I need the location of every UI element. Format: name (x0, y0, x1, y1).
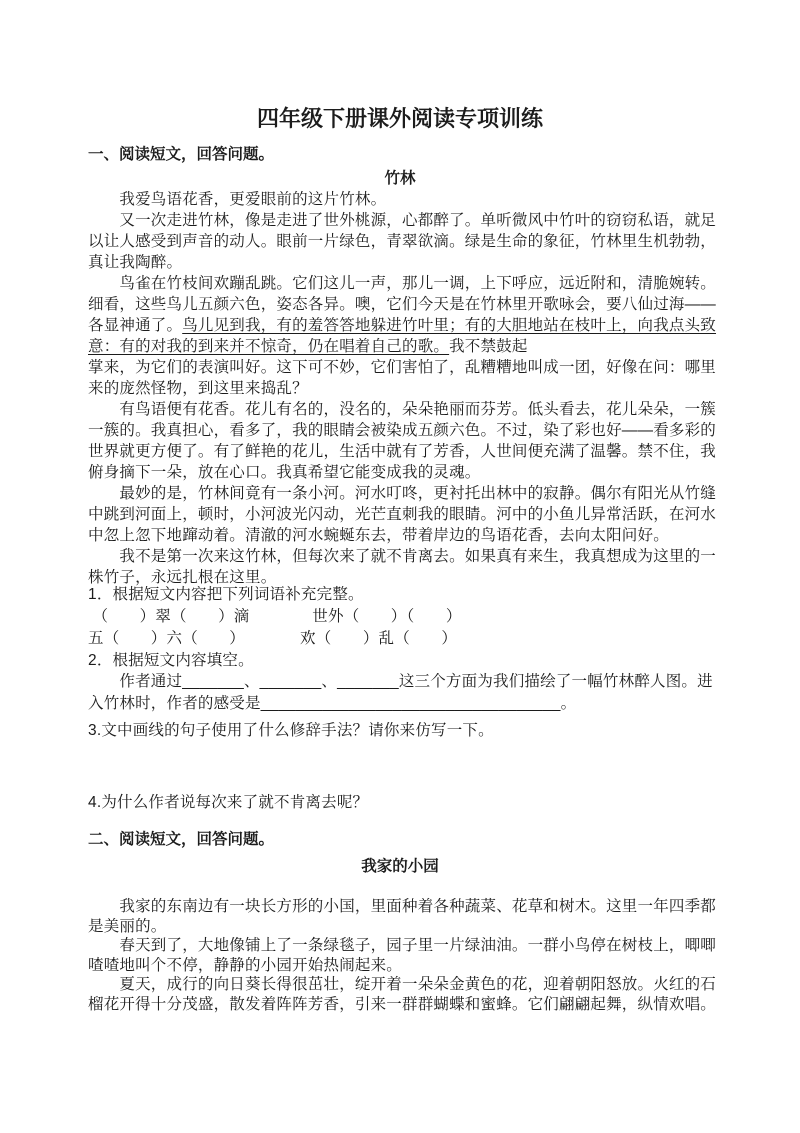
passage-line: 我家的东南边有一块长方形的小国，里面种着各种蔬菜、花草和树木。这里一年四季都 (88, 897, 748, 917)
passage-line: 一簇的。我真担心，看多了，我的眼睛会被染成五颜六色。不过，染了彩也好——看多彩的 (88, 420, 748, 441)
question-1-label: 1．根据短文内容把下列词语补充完整。 (88, 584, 364, 605)
passage-line: 来的庞然怪物，到这里来捣乱？ (88, 378, 748, 399)
passage-line: 最妙的是，竹林间竟有一条小河。河水叮咚，更衬托出林中的寂静。偶尔有阳光从竹缝 (88, 483, 748, 504)
passage-line: 以让人感受到声音的动人。眼前一片绿色，青翠欲滴。绿是生命的象征，竹林里生机勃勃， (88, 231, 748, 252)
section-2-heading: 二、阅读短文，回答问题。 (88, 829, 274, 850)
question-2-fill-line-1: 作者通过_______、_______、_______这三个方面为我们描绘了一幅… (88, 671, 713, 692)
passage-line: 是美丽的。 (88, 917, 748, 937)
passage-line: 俯身摘下一朵，放在心口。我真希望它能变成我的灵魂。 (88, 462, 748, 483)
passage-line: 我爱鸟语花香，更爱眼前的这片竹林。 (88, 189, 748, 210)
passage-1-body-part-a: 我爱鸟语花香，更爱眼前的这片竹林。 又一次走进竹林，像是走进了世外桃源，心都醉了… (88, 189, 748, 588)
underlined-sentence-part-2: 意：有的对我的到来并不惊奇，仍在唱着自己的歌。 (88, 338, 449, 355)
page-title: 四年级下册课外阅读专项训练 (0, 104, 800, 134)
passage-1-title: 竹林 (0, 168, 800, 189)
passage-2-body: 我家的东南边有一块长方形的小国，里面种着各种蔬菜、花草和树木。这里一年四季都 是… (88, 897, 748, 1014)
passage-line: 中忽上忽下地蹿动着。清澈的河水蜿蜒东去，带着岸边的鸟语花香，去向太阳问好。 (88, 525, 748, 546)
passage-line: 细看，这些鸟儿五颜六色，姿态各异。噢，它们今天是在竹林里开歌咏会，要八仙过海—— (88, 294, 748, 315)
passage-line: 中跳到河面上，顿时，小河波光闪动，光芒直刺我的眼睛。河中的小鱼儿异常活跃，在河水 (88, 504, 748, 525)
question-2-label: 2．根据短文内容填空。 (88, 650, 254, 671)
worksheet-page: 四年级下册课外阅读专项训练 一、阅读短文，回答问题。 竹林 我爱鸟语花香，更爱眼… (0, 0, 800, 1133)
passage-line: 真让我陶醉。 (88, 252, 748, 273)
passage-line: 夏天，成行的向日葵长得很茁壮，绽开着一朵朵金黄色的花，迎着朝阳怒放。火红的石 (88, 975, 748, 995)
underlined-sentence-part-1: 鸟儿见到我，有的羞答答地躲进竹叶里；有的大胆地站在枝叶上，向我点头致 (182, 317, 716, 334)
section-1-heading: 一、阅读短文，回答问题。 (88, 144, 274, 165)
passage-line: 又一次走进竹林，像是走进了世外桃源，心都醉了。单听微风中竹叶的窃窃私语，就足 (88, 210, 748, 231)
question-1-blanks-row-1: （ ）翠（ ）滴 世外（ ）（ ） (88, 606, 462, 627)
passage-line: 我不是第一次来这竹林，但每次来了就不肯离去。如果真有来生，我真想成为这里的一 (88, 546, 748, 567)
passage-2-title: 我家的小园 (0, 856, 800, 877)
question-3-label: 3.文中画线的句子使用了什么修辞手法？请你来仿写一下。 (88, 720, 494, 741)
passage-line: 有鸟语便有花香。花儿有名的，没名的，朵朵艳丽而芬芳。低头看去，花儿朵朵，一簇 (88, 399, 748, 420)
question-1-blanks-row-2: 五（ ）六（ ） 欢（ ）乱（ ） (88, 628, 457, 649)
passage-line: 喳喳地叫个不停，静静的小园开始热闹起来。 (88, 956, 748, 976)
passage-line: 世界就更方便了。有了鲜艳的花儿，生活中就有了芳香，人世间便充满了温馨。禁不住，我 (88, 441, 748, 462)
text-segment: 我不禁鼓起 (449, 338, 528, 355)
passage-line-with-underline: 各显神通了。鸟儿见到我，有的羞答答地躲进竹叶里；有的大胆地站在枝叶上，向我点头致 (88, 315, 748, 336)
passage-line-with-underline: 意：有的对我的到来并不惊奇，仍在唱着自己的歌。我不禁鼓起 (88, 336, 748, 357)
passage-line: 鸟雀在竹枝间欢蹦乱跳。它们这儿一声，那儿一调，上下呼应，远近附和，清脆婉转。 (88, 273, 748, 294)
passage-line: 榴花开得十分茂盛，散发着阵阵芳香，引来一群群蝴蝶和蜜蜂。它们翩翩起舞，纵情欢唱。 (88, 995, 748, 1015)
passage-line: 掌来，为它们的表演叫好。这下可不妙，它们害怕了，乱糟糟地叫成一团，好像在问：哪里 (88, 357, 748, 378)
question-4-label: 4.为什么作者说每次来了就不肯离去呢？ (88, 792, 368, 813)
text-segment: 各显神通了。 (88, 317, 182, 334)
passage-line: 春天到了，大地像铺上了一条绿毯子，园子里一片绿油油。一群小鸟停在树枝上，唧唧 (88, 936, 748, 956)
question-2-fill-line-2: 入竹林时，作者的感受是_____________________________… (88, 693, 576, 714)
